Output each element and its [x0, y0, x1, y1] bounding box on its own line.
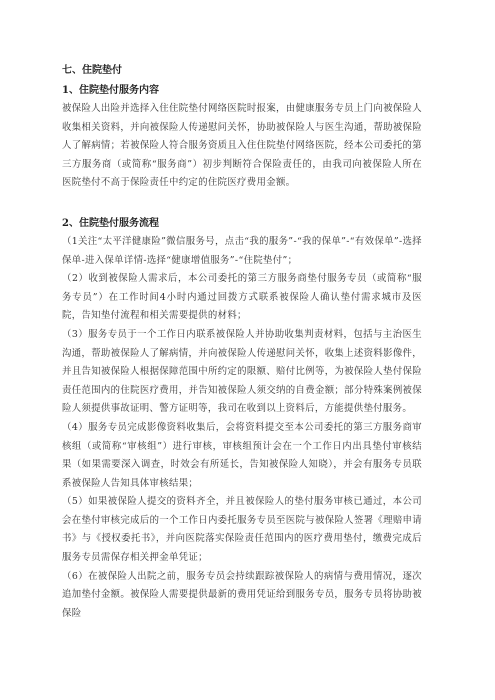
process-step-4: （4）服务专员完成影像资料收集后，会将资料提交至本公司委托的第三方服务商审核组（…: [62, 419, 422, 493]
section-title: 七、住院垫付: [62, 62, 422, 80]
paragraph-service-content: 被保险人出险并选择入住住院垫付网络医院时报案，由健康服务专员上门向被保险人收集相…: [62, 100, 422, 193]
process-step-6: （6）在被保险人出院之前，服务专员会持续跟踪被保险人的病情与费用情况，逐次追加垫…: [62, 568, 422, 624]
process-step-1: （1关注“太平洋健康险”微信服务号，点击“我的服务”-“我的保单”-“有效保单”…: [62, 233, 422, 270]
process-step-3: （3）服务专员于一个工作日内联系被保险人并协助收集判责材料，包括与主治医生沟通，…: [62, 326, 422, 419]
paragraph-spacer: [62, 193, 422, 213]
subsection-heading-service-content: 1、住院垫付服务内容: [62, 82, 422, 100]
subsection-heading-service-process: 2、住院垫付服务流程: [62, 215, 422, 233]
document-page: 七、住院垫付 1、住院垫付服务内容 被保险人出险并选择入住住院垫付网络医院时报案…: [62, 62, 422, 623]
process-step-2: （2）收到被保险人需求后，本公司委托的第三方服务商垫付服务专员（或简称“服务专员…: [62, 270, 422, 326]
process-step-5: （5）如果被保险人提交的资料齐全，并且被保险人的垫付服务审核已通过，本公司会在垫…: [62, 493, 422, 567]
